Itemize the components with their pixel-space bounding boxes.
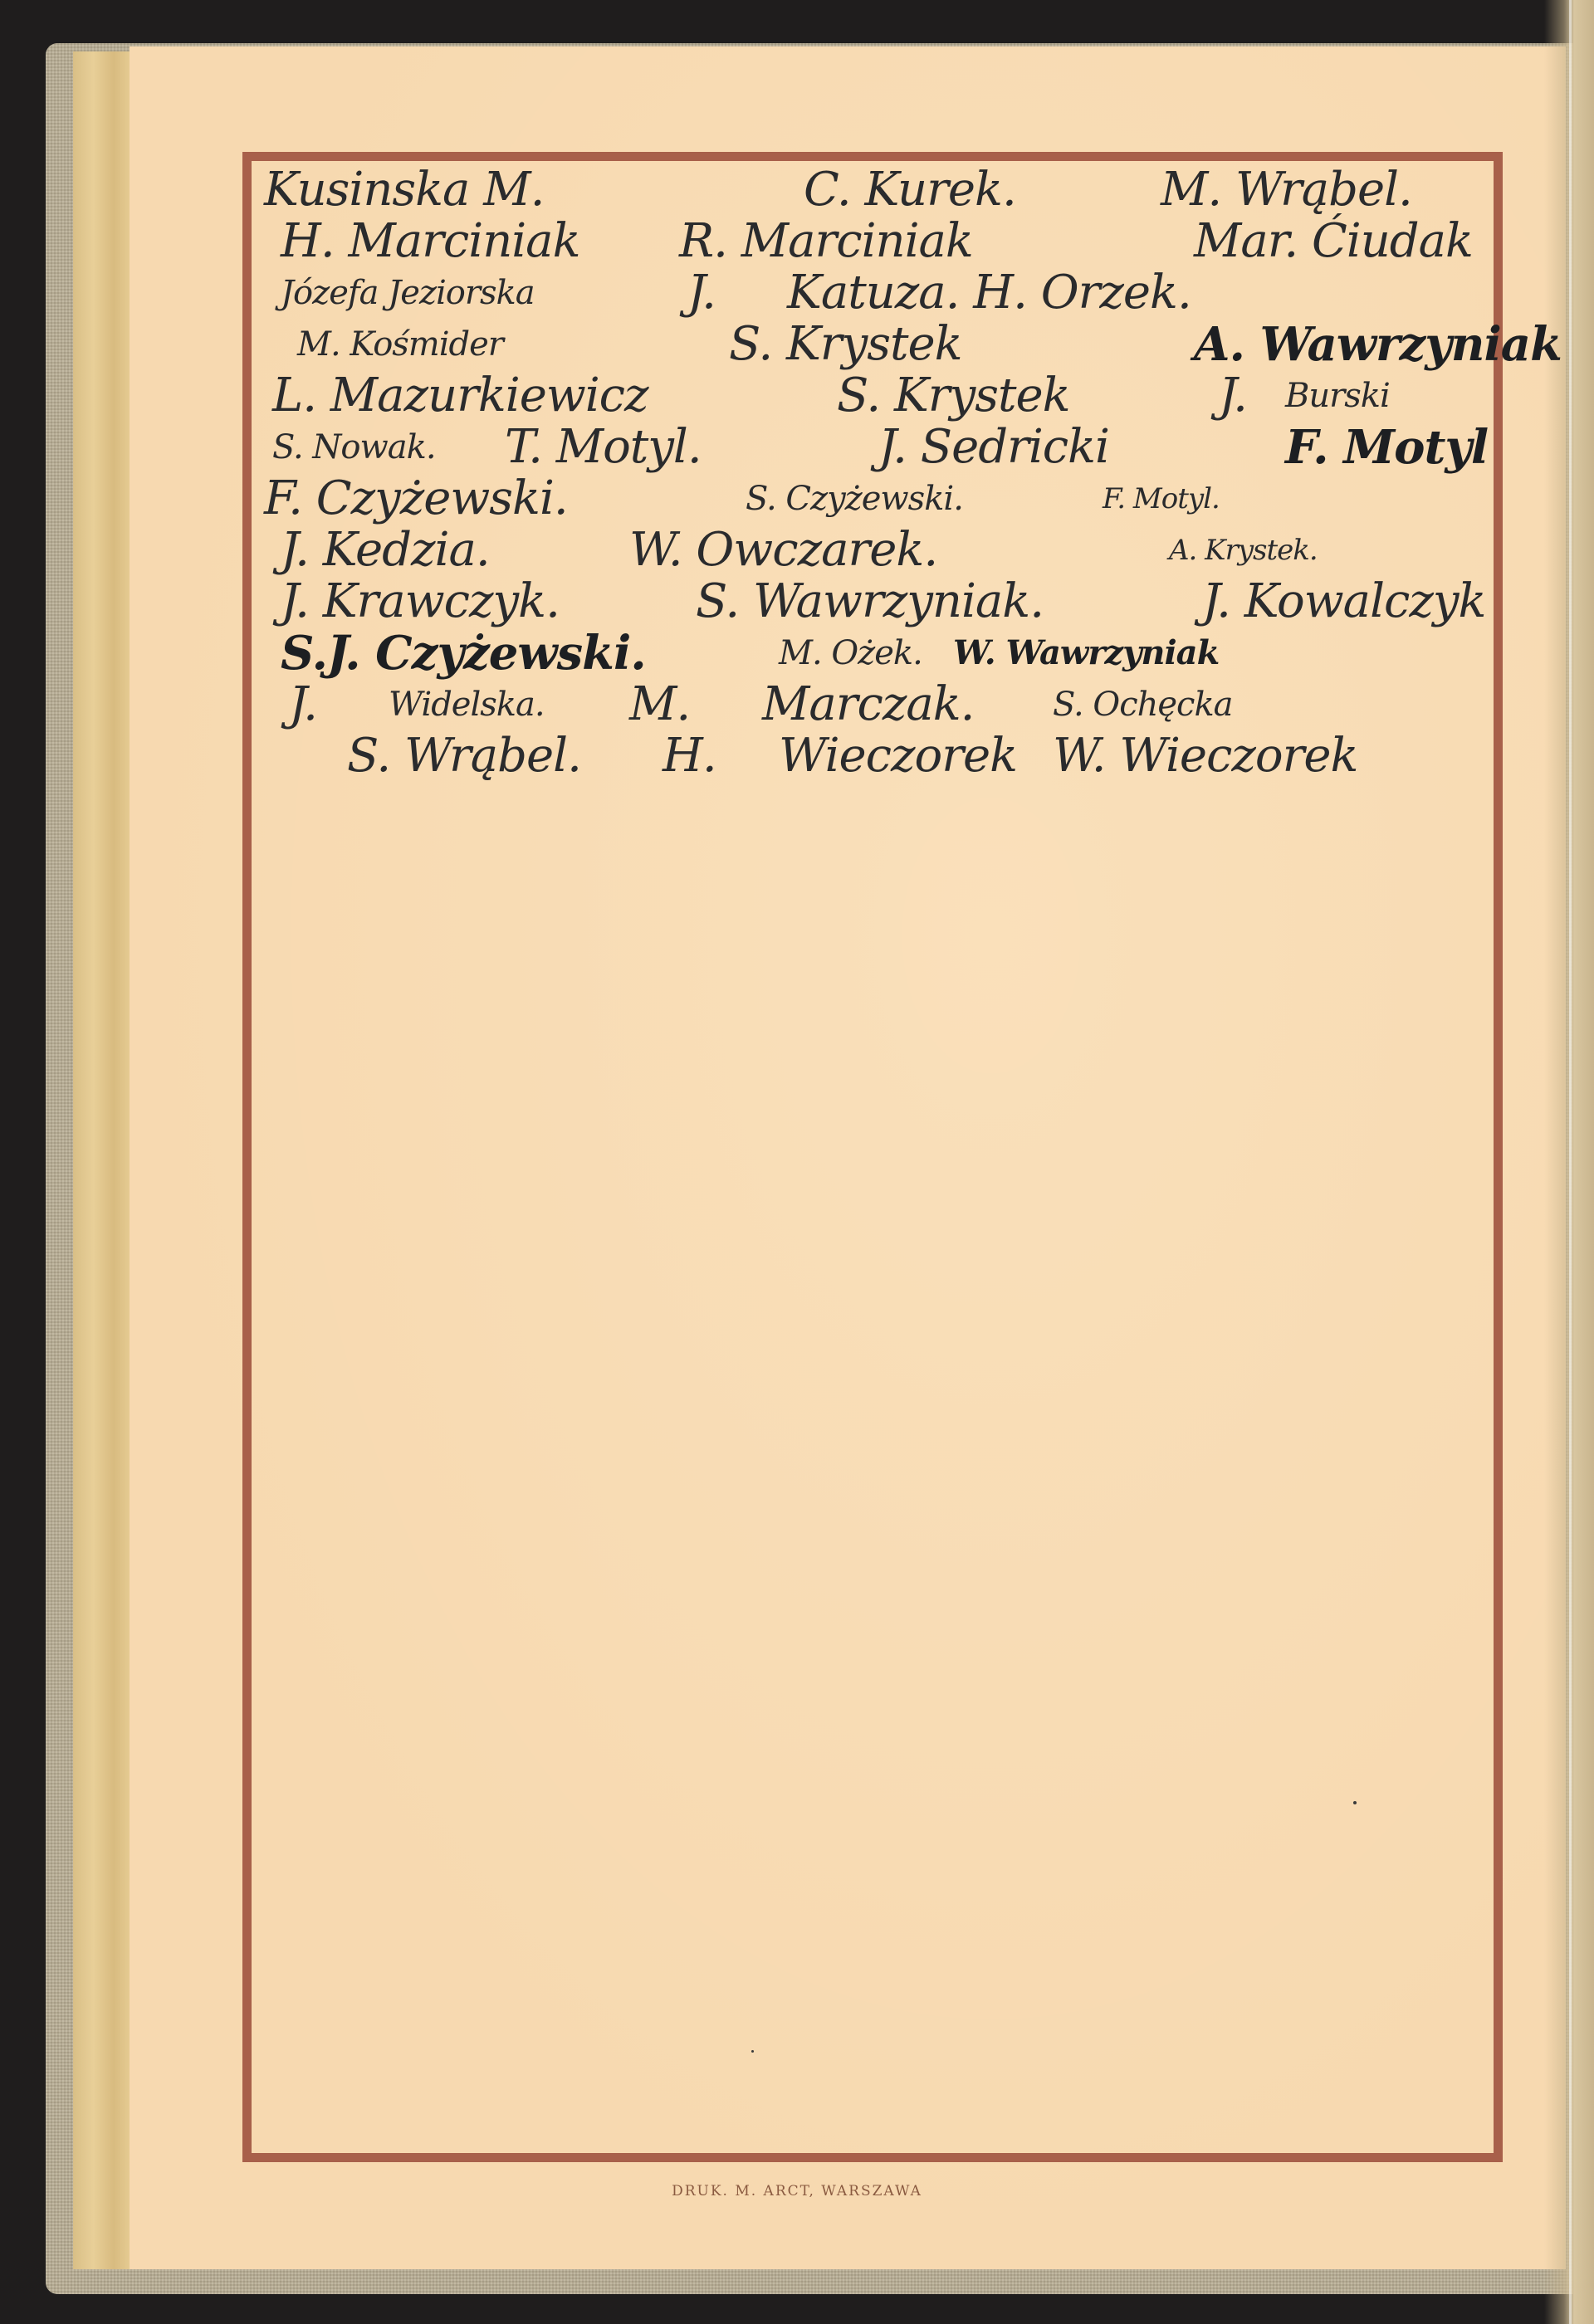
handwritten-signature: S. Wrąbel. <box>347 730 581 782</box>
handwritten-signature: R. Marciniak <box>679 216 973 267</box>
handwritten-signature: T. Motyl. <box>505 422 702 473</box>
signature-row: J. Krawczyk.S. Wawrzyniak.J. Kowalczyk <box>264 576 1484 627</box>
handwritten-signature: J. <box>289 679 317 730</box>
handwritten-signature: Katuza. H. Orzek. <box>787 267 1191 319</box>
handwritten-signature: S. Nowak. <box>272 422 436 473</box>
handwritten-signature: W. Wieczorek <box>1053 730 1357 782</box>
signature-row: S. Nowak.T. Motyl.J. SedrickiF. Motyl <box>264 422 1484 473</box>
handwritten-signature: Kusinska M. <box>264 164 544 216</box>
handwritten-signature: Wieczorek <box>779 730 1017 782</box>
handwritten-signature: F. Czyżewski. <box>264 473 568 525</box>
handwritten-signature: M. Kośmider <box>297 319 503 370</box>
handwritten-signature: S. Ochęcka <box>1053 679 1233 730</box>
handwritten-signature: Marczak. <box>762 679 974 730</box>
signature-row: H. MarciniakR. MarciniakMar. Ćiudak <box>264 216 1484 267</box>
handwritten-signature: S. Wawrzyniak. <box>696 576 1044 627</box>
signature-row: S.J. Czyżewski.M. Ożek.W. Wawrzyniak <box>264 627 1484 679</box>
handwritten-signature: Burski <box>1285 370 1390 422</box>
handwritten-signature: S. Czyżewski. <box>746 473 963 525</box>
handwritten-signature: A. Wawrzyniak <box>1194 319 1562 370</box>
signature-row: Kusinska M.C. Kurek.M. Wrąbel. <box>264 164 1484 216</box>
signature-list: Kusinska M.C. Kurek.M. Wrąbel.H. Marcini… <box>264 164 1484 782</box>
signature-row: L. MazurkiewiczS. KrystekJ.Burski <box>264 370 1484 422</box>
handwritten-signature: J. Sedricki <box>878 422 1109 473</box>
handwritten-signature: J. <box>1219 370 1247 422</box>
paper-speck <box>1353 1801 1357 1804</box>
handwritten-signature: J. <box>687 267 716 319</box>
handwritten-signature: Widelska. <box>389 679 545 730</box>
handwritten-signature: S. Krystek <box>729 319 962 370</box>
handwritten-signature: J. Krawczyk. <box>281 576 560 627</box>
page-edges <box>73 51 131 2269</box>
handwritten-signature: W. Owczarek. <box>629 525 937 576</box>
handwritten-signature: Józefa Jeziorska <box>281 267 535 319</box>
printer-imprint: DRUK. M. ARCT, WARSZAWA <box>0 2183 1594 2199</box>
gutter-highlight <box>1569 0 1572 2324</box>
handwritten-signature: L. Mazurkiewicz <box>272 370 648 422</box>
handwritten-signature: S.J. Czyżewski. <box>281 627 646 679</box>
handwritten-signature: J. Kedzia. <box>281 525 490 576</box>
handwritten-signature: J. Kowalczyk <box>1202 576 1485 627</box>
handwritten-signature: F. Motyl. <box>1103 473 1220 525</box>
signature-row: S. Wrąbel.H.WieczorekW. Wieczorek <box>264 730 1484 782</box>
paper-speck <box>751 2050 754 2053</box>
signature-row: J. Kedzia.W. Owczarek.A. Krystek. <box>264 525 1484 576</box>
handwritten-signature: M. Wrąbel. <box>1161 164 1412 216</box>
handwritten-signature: A. Krystek. <box>1169 525 1318 576</box>
handwritten-signature: W. Wawrzyniak <box>953 627 1219 679</box>
signature-row: M. KośmiderS. KrystekA. Wawrzyniak <box>264 319 1484 370</box>
handwritten-signature: M. <box>629 679 690 730</box>
handwritten-signature: H. <box>663 730 716 782</box>
handwritten-signature: C. Kurek. <box>804 164 1016 216</box>
handwritten-signature: H. Marciniak <box>281 216 580 267</box>
handwritten-signature: F. Motyl <box>1285 422 1488 473</box>
handwritten-signature: S. Krystek <box>837 370 1070 422</box>
signature-row: Józefa JeziorskaJ.Katuza. H. Orzek. <box>264 267 1484 319</box>
signature-row: F. Czyżewski.S. Czyżewski.F. Motyl. <box>264 473 1484 525</box>
signature-row: J.Widelska.M.Marczak.S. Ochęcka <box>264 679 1484 730</box>
handwritten-signature: Mar. Ćiudak <box>1194 216 1473 267</box>
handwritten-signature: M. Ożek. <box>779 627 922 679</box>
